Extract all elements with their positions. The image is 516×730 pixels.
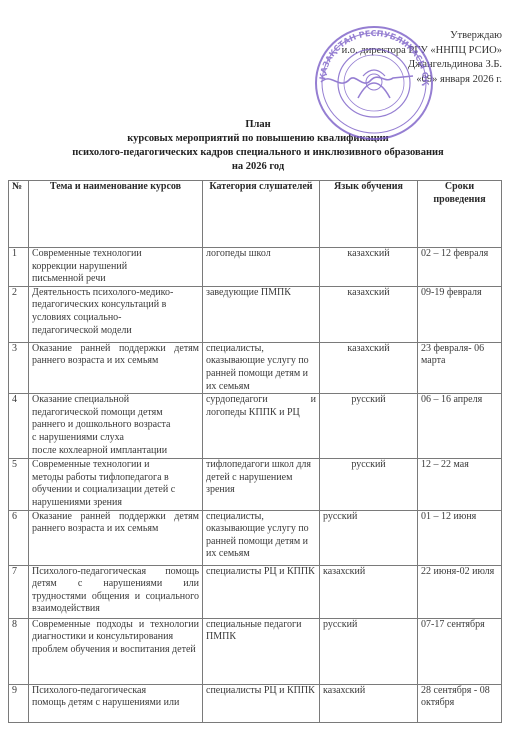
course-topic: Оказание специальнойпедагогической помощ…: [29, 394, 203, 459]
row-number: 2: [9, 286, 29, 342]
course-topic-line: после кохлеарной имплантации: [32, 445, 199, 458]
course-dates: 02 – 12 февраля: [418, 248, 502, 287]
course-topic: Современные технологиикоррекции нарушени…: [29, 248, 203, 287]
listener-category: тифлопедагоги школ для детей с нарушение…: [203, 459, 320, 510]
course-topic-line: Современные подходы и технологии диагнос…: [32, 619, 199, 644]
course-dates: 07-17 сентября: [418, 618, 502, 684]
row-number: 7: [9, 565, 29, 618]
row-number: 4: [9, 394, 29, 459]
training-language: русский: [320, 510, 418, 565]
course-topic-line: Деятельность психолого-медико-: [32, 287, 199, 300]
listener-category: заведующие ПМПК: [203, 286, 320, 342]
header-language: Язык обучения: [320, 181, 418, 248]
course-topic-line: с нарушениями слуха: [32, 432, 199, 445]
table-body: 1Современные технологиикоррекции нарушен…: [9, 248, 502, 723]
course-topic-line: раннего и дошкольного возраста: [32, 419, 199, 432]
approval-heading: Утверждаю: [342, 29, 502, 44]
course-topic-line: Оказание ранней поддержки детям раннего …: [32, 343, 199, 368]
approver-position: и.о. директора РГУ «ННПЦ РСИО»: [342, 44, 502, 59]
listener-category: сурдопедагоги и логопеды КППК и РЦ: [203, 394, 320, 459]
listener-category: специалисты, оказывающие услугу по ранне…: [203, 342, 320, 393]
row-number: 9: [9, 684, 29, 722]
course-topic-line: письменной речи: [32, 273, 199, 286]
course-dates: 09-19 февраля: [418, 286, 502, 342]
course-topic-line: коррекции нарушений: [32, 261, 199, 274]
course-topic-line: педагогической модели: [32, 325, 199, 338]
row-number: 6: [9, 510, 29, 565]
training-language: казахский: [320, 565, 418, 618]
course-dates: 23 февраля- 06 марта: [418, 342, 502, 393]
training-language: русский: [320, 459, 418, 510]
course-topic: Современные подходы и технологии диагнос…: [29, 618, 203, 684]
table-row: 4Оказание специальнойпедагогической помо…: [9, 394, 502, 459]
listener-category: логопеды школ: [203, 248, 320, 287]
table-row: 8Современные подходы и технологии диагно…: [9, 618, 502, 684]
row-number: 3: [9, 342, 29, 393]
table-row: 6Оказание ранней поддержки детям раннего…: [9, 510, 502, 565]
course-topic-line: Оказание ранней поддержки детям раннего …: [32, 511, 199, 536]
training-language: русский: [320, 394, 418, 459]
course-topic: Оказание ранней поддержки детям раннего …: [29, 510, 203, 565]
courses-plan-table: № Тема и наименование курсов Категория с…: [8, 180, 502, 723]
course-topic-line: педагогической помощи детям: [32, 407, 199, 420]
course-topic-line: Оказание специальной: [32, 394, 199, 407]
course-dates: 01 – 12 июня: [418, 510, 502, 565]
course-dates: 06 – 16 апреля: [418, 394, 502, 459]
row-number: 5: [9, 459, 29, 510]
course-topic-line: нарушениями зрения: [32, 497, 199, 510]
course-topic: Психолого-педагогическая помощь детям с …: [29, 565, 203, 618]
course-topic-line: педагогических консультаций в: [32, 299, 199, 312]
training-language: казахский: [320, 684, 418, 722]
document-title: План курсовых мероприятий по повышению к…: [0, 118, 516, 174]
title-line-3: психолого-педагогических кадров специаль…: [0, 146, 516, 160]
header-topic: Тема и наименование курсов: [29, 181, 203, 248]
course-topic: Психолого-педагогическаяпомощь детям с н…: [29, 684, 203, 722]
course-topic-line: проблем обучения и воспитания детей: [32, 644, 199, 657]
course-topic: Деятельность психолого-медико-педагогиче…: [29, 286, 203, 342]
title-line-2: курсовых мероприятий по повышению квалиф…: [0, 132, 516, 146]
course-dates: 12 – 22 мая: [418, 459, 502, 510]
table-row: 9Психолого-педагогическаяпомощь детям с …: [9, 684, 502, 722]
listener-category: специалисты РЦ и КППК: [203, 684, 320, 722]
approval-block: Утверждаю и.о. директора РГУ «ННПЦ РСИО»…: [342, 29, 502, 87]
title-plan: План: [0, 118, 516, 132]
header-category: Категория слушателей: [203, 181, 320, 248]
row-number: 1: [9, 248, 29, 287]
course-topic-line: помощь детям с нарушениями или: [32, 697, 199, 710]
training-language: казахский: [320, 248, 418, 287]
course-topic: Оказание ранней поддержки детям раннего …: [29, 342, 203, 393]
table-header-row: № Тема и наименование курсов Категория с…: [9, 181, 502, 248]
course-dates: 28 сентября - 08 октября: [418, 684, 502, 722]
listener-category: специалисты, оказывающие услугу по ранне…: [203, 510, 320, 565]
title-year: на 2026 год: [0, 160, 516, 174]
listener-category: специальные педагоги ПМПК: [203, 618, 320, 684]
header-dates: Сроки проведения: [418, 181, 502, 248]
row-number: 8: [9, 618, 29, 684]
table-row: 1Современные технологиикоррекции нарушен…: [9, 248, 502, 287]
course-topic: Современные технологии иметоды работы ти…: [29, 459, 203, 510]
course-topic-line: Психолого-педагогическая помощь детям с …: [32, 566, 199, 616]
course-topic-line: Современные технологии: [32, 248, 199, 261]
header-number: №: [9, 181, 29, 248]
table-row: 2Деятельность психолого-медико-педагогич…: [9, 286, 502, 342]
training-language: казахский: [320, 342, 418, 393]
training-language: русский: [320, 618, 418, 684]
table-row: 5Современные технологии иметоды работы т…: [9, 459, 502, 510]
listener-category: специалисты РЦ и КППК: [203, 565, 320, 618]
approval-date: «09» января 2026 г.: [342, 73, 502, 88]
table-row: 7Психолого-педагогическая помощь детям с…: [9, 565, 502, 618]
table-row: 3Оказание ранней поддержки детям раннего…: [9, 342, 502, 393]
course-dates: 22 июня-02 июля: [418, 565, 502, 618]
course-topic-line: условиях социально-: [32, 312, 199, 325]
course-topic-line: обучении и социализации детей с: [32, 484, 199, 497]
approver-name: Джангельдинова З.Б.: [342, 58, 502, 73]
course-topic-line: Психолого-педагогическая: [32, 685, 199, 698]
course-topic-line: Современные технологии и: [32, 459, 199, 472]
training-language: казахский: [320, 286, 418, 342]
course-topic-line: методы работы тифлопедагога в: [32, 472, 199, 485]
